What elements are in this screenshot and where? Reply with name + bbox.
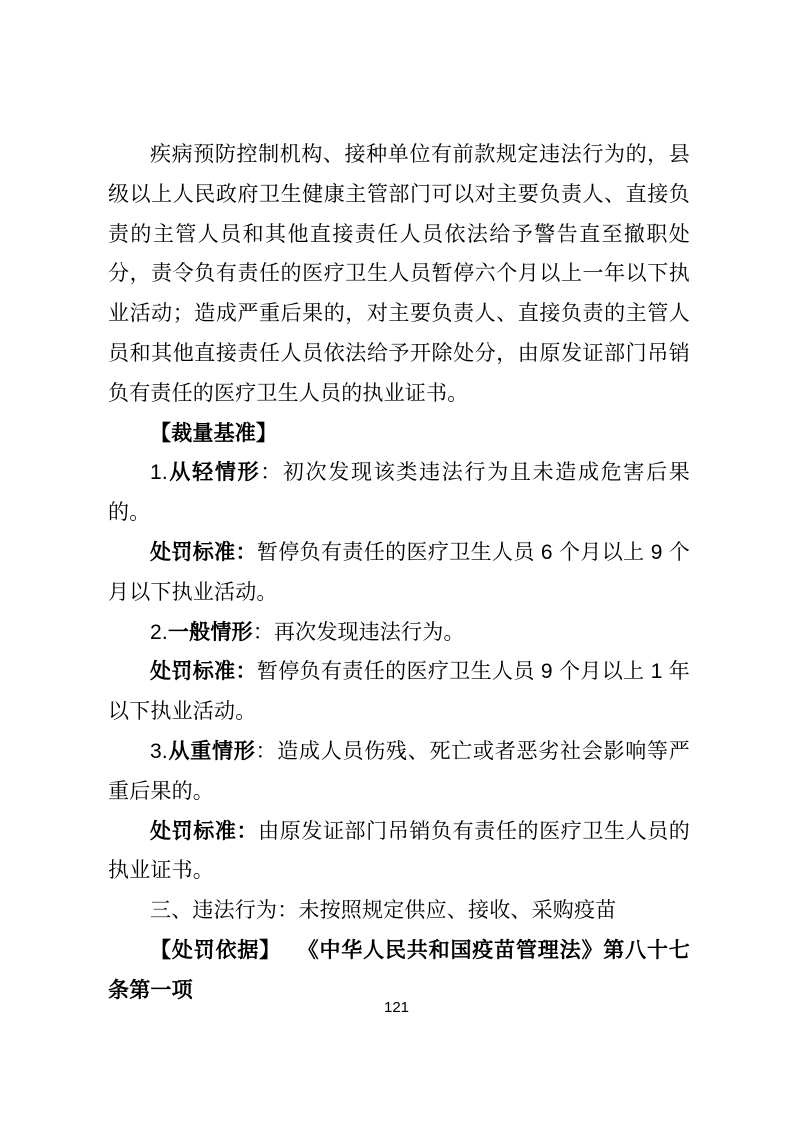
penalty-label: 处罚标准： [150,820,258,843]
penalty-label: 处罚标准： [150,541,257,564]
page-number: 121 [0,999,793,1016]
section-violation-3: 三、违法行为：未按照规定供应、接收、采购疫苗 [108,891,690,931]
item-label: 一般情形 [168,621,253,644]
document-page: 疾病预防控制机构、接种单位有前款规定违法行为的，县级以上人民政府卫生健康主管部门… [0,0,793,1122]
heading-discretion-standard: 【裁量基准】 [108,414,690,454]
item-3-penalty: 处罚标准：由原发证部门吊销负有责任的医疗卫生人员的执业证书。 [108,812,690,892]
item-2-penalty: 处罚标准：暂停负有责任的医疗卫生人员 9 个月以上 1 年以下执业活动。 [108,652,690,732]
item-label: 从重情形 [168,740,256,763]
text-run: 疾病预防控制机构、接种单位有前款规定违法行为的，县级以上人民政府卫生健康主管部门… [108,143,690,405]
item-2-circumstance: 2.一般情形：再次发现违法行为。 [108,613,690,653]
item-number: 3. [150,740,168,763]
item-1-penalty: 处罚标准：暂停负有责任的医疗卫生人员 6 个月以上 9 个月以下执业活动。 [108,533,690,613]
item-number: 2. [150,621,168,644]
basis-label: 【处罚依据】 [150,939,281,962]
item-3-circumstance: 3.从重情形：造成人员伤残、死亡或者恶劣社会影响等严重后果的。 [108,732,690,812]
document-content: 疾病预防控制机构、接种单位有前款规定违法行为的，县级以上人民政府卫生健康主管部门… [108,135,690,1011]
item-number: 1. [150,461,168,484]
item-label: 从轻情形 [168,461,260,484]
penalty-label: 处罚标准： [150,660,257,683]
text-run: 三、违法行为：未按照规定供应、接收、采购疫苗 [150,899,616,922]
text-run: 【裁量基准】 [150,422,277,445]
item-1-circumstance: 1.从轻情形：初次发现该类违法行为且未造成危害后果的。 [108,453,690,533]
paragraph-main: 疾病预防控制机构、接种单位有前款规定违法行为的，县级以上人民政府卫生健康主管部门… [108,135,690,414]
text-run: ：再次发现违法行为。 [253,621,465,644]
